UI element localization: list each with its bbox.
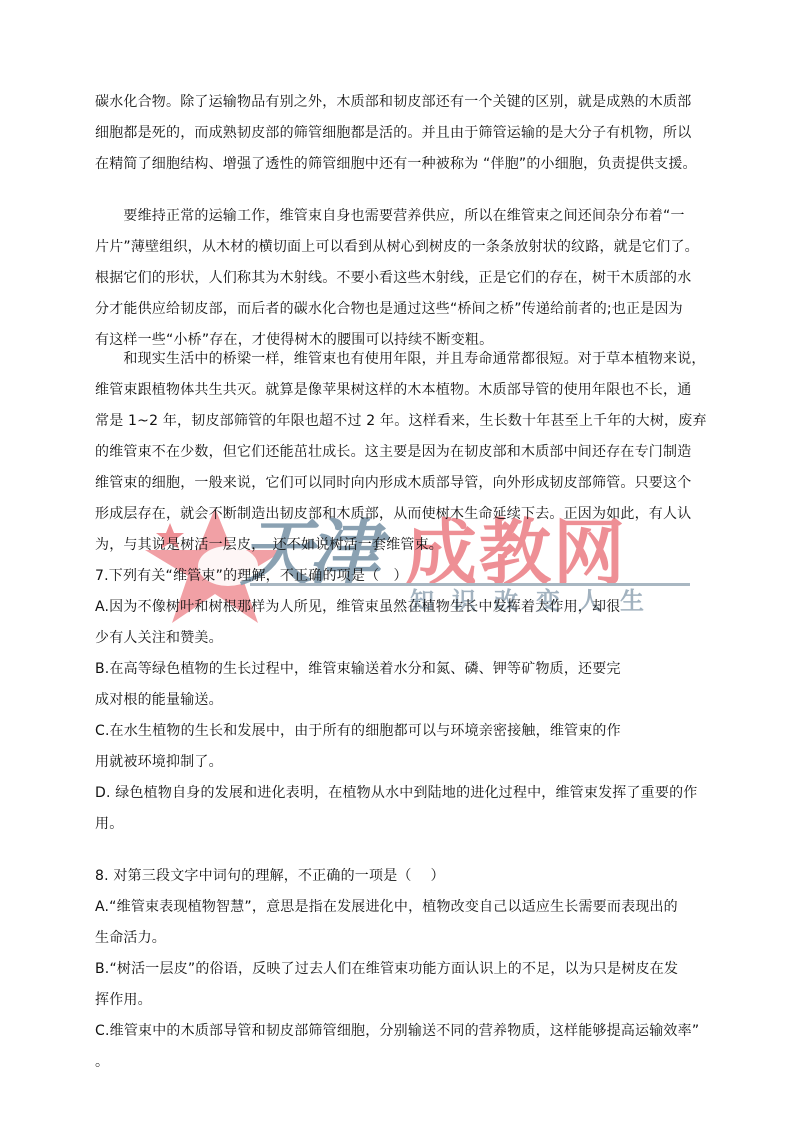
passage-line: 根据它们的形状，人们称其为木射线。不要小看这些木射线，正是它们的存在，树干木质部… xyxy=(95,268,691,288)
passage-line: 有这样一些“小桥”存在，才使得树木的腰围可以持续不断变粗。 xyxy=(95,330,493,350)
question-line: A.因为不像树叶和树根那样为人所见，维管束虽然在植物生长中发挥着大作用，却很 xyxy=(95,597,620,617)
question-line: B.在高等绿色植物的生长过程中，维管束输送着水分和氮、磷、钾等矿物质，还要完 xyxy=(95,659,621,679)
passage-line: 要维持正常的运输工作，维管束自身也需要营养供应，所以在维管束之间还间杂分布着“一 xyxy=(95,206,685,226)
question-line: C.在水生植物的生长和发展中，由于所有的细胞都可以与环境亲密接触，维管束的作 xyxy=(95,721,621,741)
document-page: 天津 成教网 知识改变人生 碳水化合物。除了运输物品有别之外，木质部和韧皮部还有… xyxy=(0,0,794,1123)
passage-line: 片片”薄壁组织，从木材的横切面上可以看到从树心到树皮的一条条放射状的纹路，就是它… xyxy=(95,237,699,257)
passage-line: 为，与其说是树活一层皮， 还不如说树活一套维管束。 xyxy=(95,535,443,555)
question-line: 少有人关注和赞美。 xyxy=(95,628,223,648)
question-line: B.“树活一层皮”的俗语，反映了过去人们在维管束功能方面认识上的不足，以为只是树… xyxy=(95,959,678,979)
question-line: C.维管束中的木质部导管和韧皮部筛管细胞，分别输送不同的营养物质，这样能够提高运… xyxy=(95,1021,699,1041)
passage-line: 和现实生活中的桥梁一样，维管束也有使用年限，并且寿命通常都很短。对于草本植物来说… xyxy=(95,349,706,369)
passage-line: 形成层存在，就会不断制造出韧皮部和木质部，从而使树木生命延续下去。正因为如此，有… xyxy=(95,504,691,524)
question-line: 用。 xyxy=(95,814,123,834)
question-line: 用就被环境抑制了。 xyxy=(95,752,223,772)
question-line: 8. 对第三段文字中词句的理解，不正确的一项是（ ） xyxy=(95,866,445,886)
question-line: A.“维管束表现植物智慧”，意思是指在发展进化中，植物改变自己以适应生长需要而表… xyxy=(95,897,678,917)
question-line: 挥作用。 xyxy=(95,990,152,1010)
passage-line: 细胞都是死的，而成熟韧皮部的筛管细胞都是活的。并且由于筛管运输的是大分子有机物，… xyxy=(95,123,691,143)
question-line: 成对根的能量输送。 xyxy=(95,690,223,710)
question-line: 7.下列有关“维管束”的理解，不正确的项是（ ） xyxy=(95,566,408,586)
question-line: 。 xyxy=(95,1052,109,1072)
passage-line: 维管束的细胞，一般来说，它们可以同时向内形成木质部导管，向外形成韧皮部筛管。只要… xyxy=(95,473,691,493)
passage-line: 维管束跟植物体共生共灭。就算是像苹果树这样的木本植物。木质部导管的使用年限也不长… xyxy=(95,380,691,400)
question-line: D. 绿色植物自身的发展和进化表明，在植物从水中到陆地的进化过程中，维管束发挥了… xyxy=(95,783,697,803)
passage-line: 碳水化合物。除了运输物品有别之外，木质部和韧皮部还有一个关键的区别，就是成熟的木… xyxy=(95,92,691,112)
passage-line: 的维管束不在少数，但它们还能茁壮成长。这主要是因为在韧皮部和木质部中间还存在专门… xyxy=(95,442,691,462)
question-line: 生命活力。 xyxy=(95,928,166,948)
passage-line: 分才能供应给韧皮部，而后者的碳水化合物也是通过这些“桥间之桥”传递给前者的;也正… xyxy=(95,299,683,319)
passage-line: 常是 1~2 年，韧皮部筛管的年限也超不过 2 年。这样看来，生长数十年甚至上千… xyxy=(95,411,707,431)
passage-line: 在精简了细胞结构、增强了透性的筛管细胞中还有一种被称为 “伴胞”的小细胞，负责提… xyxy=(95,154,697,174)
